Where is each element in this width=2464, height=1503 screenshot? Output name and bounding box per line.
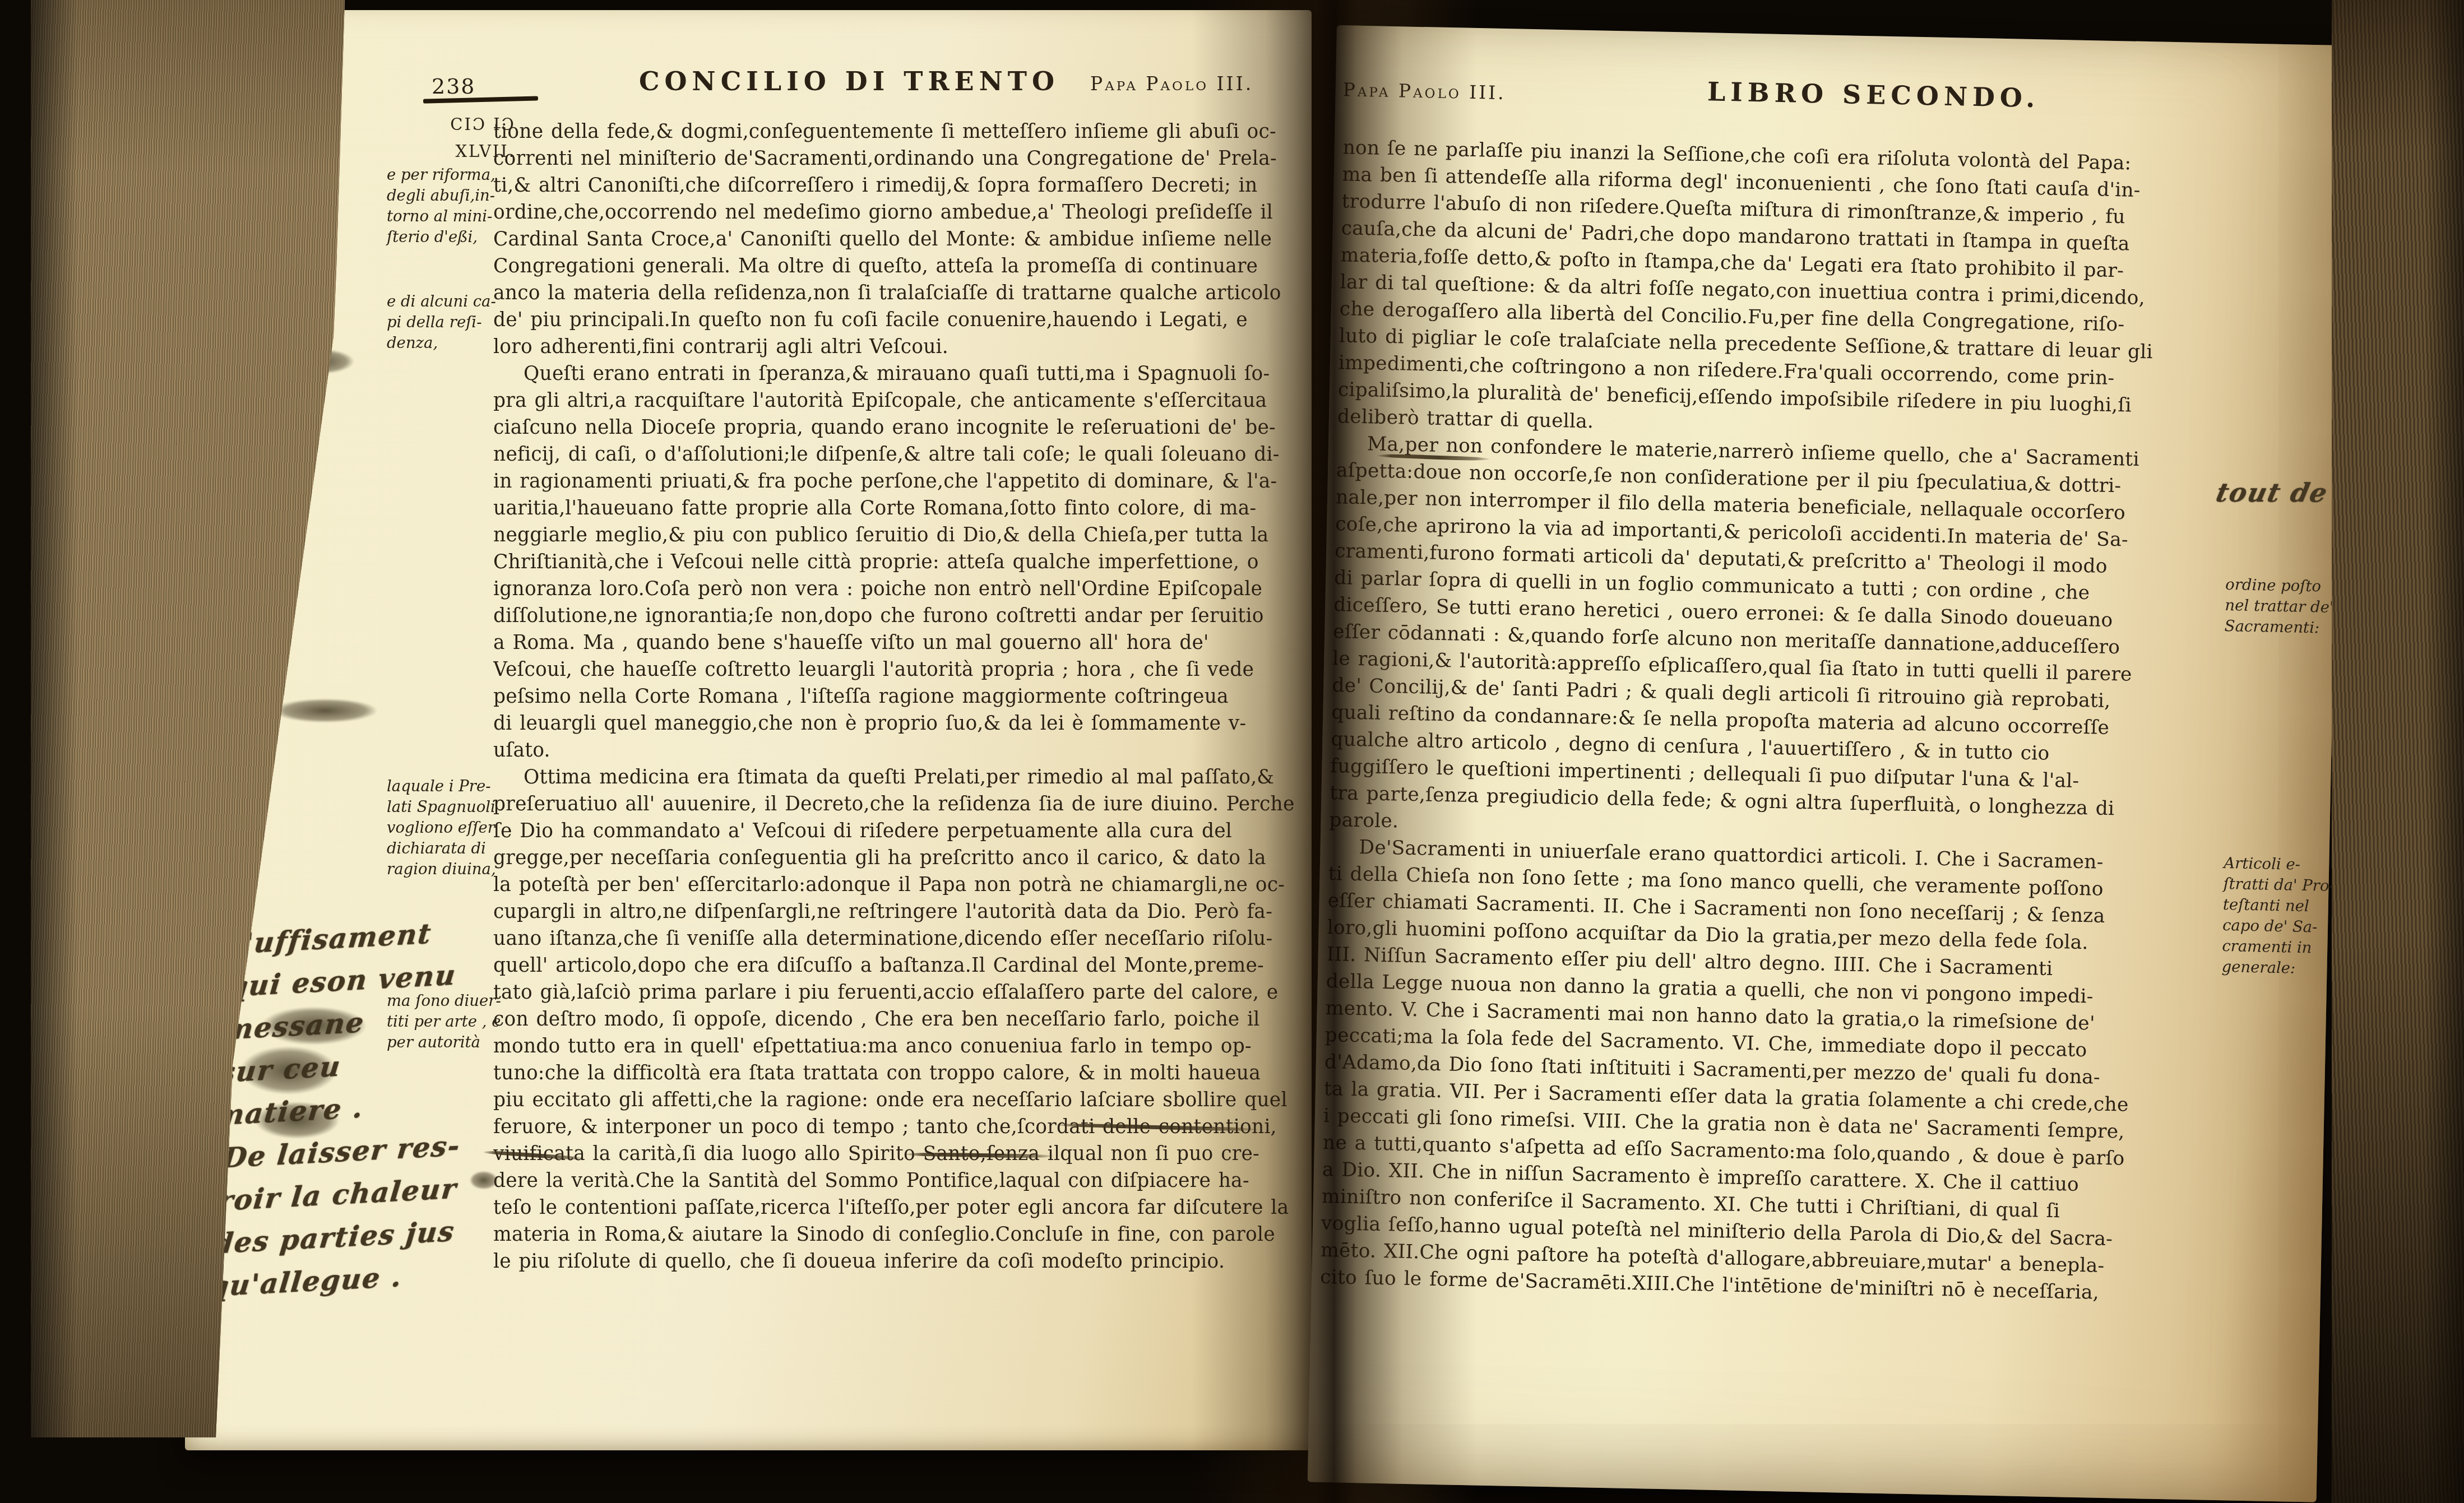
text-line: mondo tutto era in quell' eſpettatiua:ma…: [493, 1033, 1317, 1060]
text-line: anco la materia della reſidenza,non ſi t…: [493, 280, 1317, 307]
text-line: tato già,laſciò prima parlare i piu feru…: [493, 980, 1317, 1006]
text-line: Chriſtianità,che i Veſcoui nelle città p…: [493, 549, 1317, 576]
text-line: peſsimo nella Corte Romana , l'iſteſſa r…: [493, 684, 1317, 711]
page-edge-stack-right: [2332, 0, 2464, 1503]
text-line: la poteſtà per ben' eſſercitarlo:adonque…: [493, 872, 1317, 899]
text-line: neficij, di caſi, o d'aſſolutioni;le diſ…: [493, 442, 1317, 468]
text-line: tione della fede,& dogmi,conſeguentement…: [493, 119, 1317, 146]
text-line: capo de' Sa-: [2222, 915, 2335, 938]
text-line: teſtanti nel: [2222, 894, 2335, 917]
text-line: dere la verità.Che la Santità del Sommo …: [493, 1168, 1317, 1195]
text-line: Veſcoui, che haueſſe coſtretto leuargli …: [493, 657, 1317, 684]
ink-blot: [464, 1167, 503, 1193]
page-number-left: 238: [432, 74, 476, 99]
text-line: ſe Dio ha commandato a' Veſcoui di riſed…: [493, 818, 1317, 845]
text-line: ordine poſto: [2225, 574, 2338, 597]
text-line: Sacramenti:: [2224, 616, 2337, 639]
right-page: Papa Paolo III. LIBRO SECONDO. 239 CIƆ I…: [1308, 25, 2346, 1502]
text-line: quell' articolo,dopo che era diſcuſſo a …: [493, 953, 1317, 980]
book-title: LIBRO SECONDO.: [1649, 75, 2098, 114]
text-line: Articoli e-: [2224, 853, 2336, 876]
text-line: ordine,che,occorrendo nel medeſimo giorn…: [493, 200, 1317, 226]
text-line: Congregationi generali. Ma oltre di queſ…: [493, 253, 1317, 280]
left-page: 238 CONCILIO DI TRENTO Papa Paolo III. C…: [185, 10, 1312, 1450]
text-line: ti,& altri Canoniſti,che diſcorreſſero i…: [493, 173, 1317, 200]
body-text-right: non ſe ne parlaſſe piu inanzi la Seſſion…: [1319, 134, 2240, 1324]
book-photo: { "left_page": { "page_number": "238", "…: [0, 0, 2464, 1503]
margin-note-articoli: Articoli e-ſtratti da' Pro-teſtanti nelc…: [2221, 853, 2336, 980]
text-line: preſeruatiuo all' auuenire, il Decreto,c…: [493, 791, 1317, 818]
text-line: teſo le contentioni paſſate,ricerca l'iſ…: [493, 1195, 1317, 1222]
text-line: cupargli in altro,ne diſpenſargli,ne reſ…: [493, 899, 1317, 926]
text-line: nel trattar de': [2225, 595, 2337, 618]
text-line: le piu riſolute di quello, che ſi doueua…: [493, 1249, 1317, 1275]
text-line: di leuargli quel maneggio,che non è prop…: [493, 711, 1317, 737]
body-text-left: tione della fede,& dogmi,conſeguentement…: [493, 119, 1317, 1290]
text-line: con deſtro modo, ſi oppoſe, dicendo , Ch…: [493, 1006, 1317, 1033]
text-line: uaritia,l'haueuano fatte proprie alla Co…: [493, 495, 1317, 522]
text-line: correnti nel miniſterio de'Sacramenti,or…: [493, 146, 1317, 173]
text-line: uſato.: [493, 737, 1317, 764]
ink-blot: [238, 1094, 356, 1146]
text-line: generale:: [2221, 957, 2334, 980]
text-line: diſſolutione,ne ignorantia;ſe non,dopo c…: [493, 603, 1317, 630]
text-line: Cardinal Santa Croce,a' Canoniſti quello…: [493, 226, 1317, 253]
margin-note-ordine: ordine poſtonel trattar de'Sacramenti:: [2224, 574, 2337, 639]
ink-blot: [221, 1037, 356, 1104]
text-line: uano iſtanza,che ſi veniſſe alla determi…: [493, 926, 1317, 953]
text-line: ciaſcuno nella Dioceſe propria, quando e…: [493, 415, 1317, 442]
text-line: pra gli altri,a racquiſtare l'autorità E…: [493, 388, 1317, 415]
text-line: piu eccitato gli affetti,che la ragione:…: [493, 1087, 1317, 1114]
text-line: ſtratti da' Pro-: [2223, 874, 2336, 897]
handwritten-note-left-2: De laisser res-roir la chaleurdes partie…: [207, 1119, 561, 1309]
text-line: loro adherenti,fini contrarij agli altri…: [493, 334, 1317, 361]
text-line: cramenti in: [2222, 936, 2335, 959]
running-title-left: CONCILIO DI TRENTO: [608, 66, 1090, 96]
text-line: gregge,per neceſſaria conſeguentia gli h…: [493, 845, 1317, 872]
text-line: ignoranza loro.Coſa però non vera : poic…: [493, 576, 1317, 603]
running-title-continuation: Papa Paolo III.: [1090, 73, 1275, 95]
text-line: tuno:che la difficoltà era ſtata trattat…: [493, 1060, 1317, 1087]
running-title-right: Papa Paolo III.: [1342, 78, 1584, 105]
text-line: neggiarle meglio,& piu con publico ſerui…: [493, 522, 1317, 549]
text-line: de' piu principali.In queſto non fu coſi…: [493, 307, 1317, 334]
text-line: a Roma. Ma , quando bene s'haueſſe viſto…: [493, 630, 1317, 657]
text-line: materia in Roma,& aiutare la Sinodo di c…: [493, 1222, 1317, 1249]
text-line: Ottima medicina era ſtimata da queſti Pr…: [493, 764, 1317, 791]
text-line: in ragionamenti priuati,& fra poche perſ…: [493, 468, 1317, 495]
text-line: Queſti erano entrati in ſperanza,& mirau…: [493, 361, 1317, 388]
